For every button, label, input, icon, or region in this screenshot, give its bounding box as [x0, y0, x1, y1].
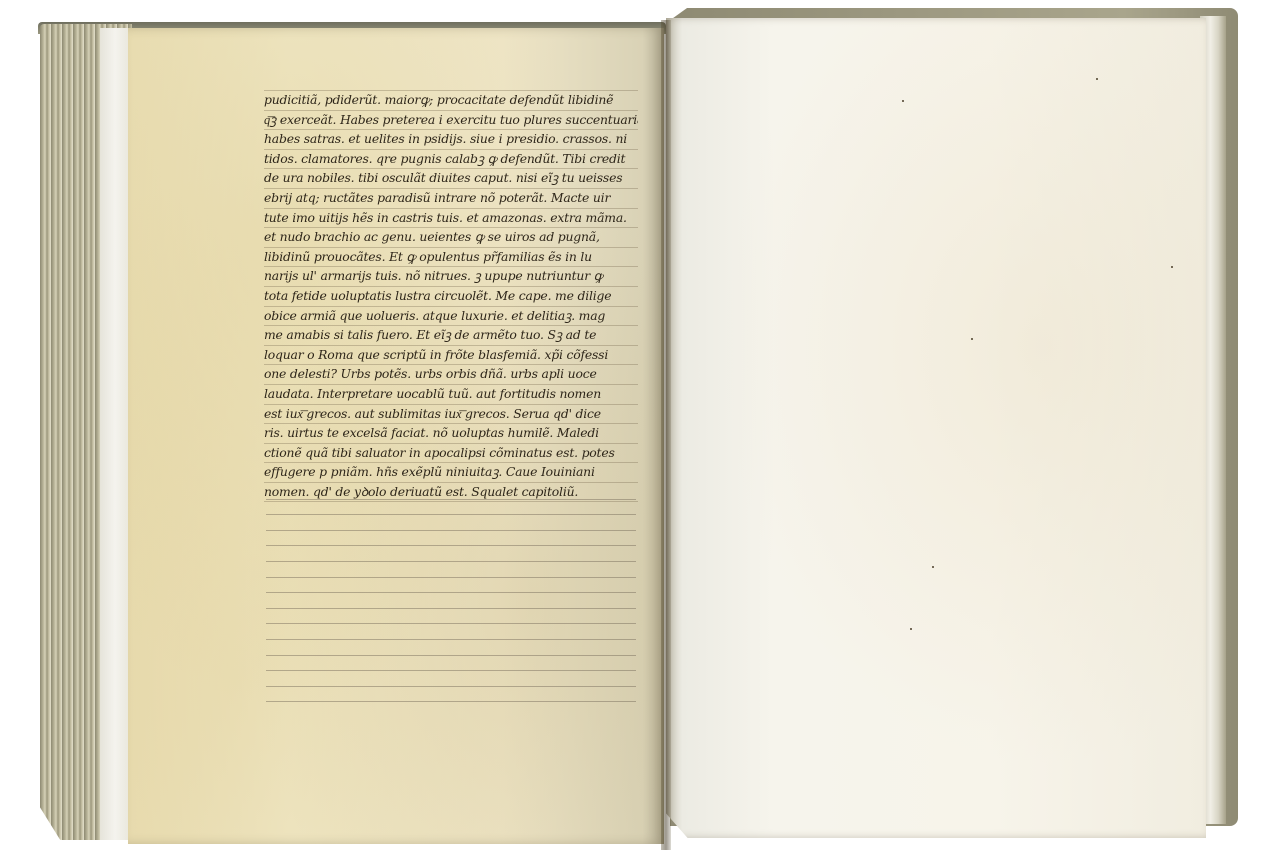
ruled-line: [266, 671, 636, 687]
text-line: ctionẽ quã tibi saluator in apocalipsi c…: [264, 444, 638, 464]
ruled-line: [266, 609, 636, 625]
ink-speck: [910, 628, 912, 630]
text-line: tidos. clamatores. qre pugnis calabꝫ ꝙ d…: [264, 150, 638, 170]
blank-ruled-lines: [266, 484, 636, 702]
ink-speck: [1096, 78, 1098, 80]
text-line: me amabis si talis fuero. Et eĩꝫ de armẽ…: [264, 326, 638, 346]
left-flyleaf: [100, 28, 130, 840]
text-line: tute imo uitijs hẽs in castris tuis. et …: [264, 209, 638, 229]
ink-speck: [932, 566, 934, 568]
ruled-line: [266, 656, 636, 672]
ruled-line: [266, 500, 636, 516]
ruled-line: [266, 687, 636, 703]
ruled-line: [266, 515, 636, 531]
ruled-line: [266, 562, 636, 578]
ruled-line: [266, 546, 636, 562]
ruled-line: [266, 624, 636, 640]
manuscript-text-block: pudicitiã, pdiderũt. maiorꝙ; procacitate…: [264, 90, 638, 502]
ink-speck: [971, 338, 973, 340]
right-page: [666, 18, 1206, 838]
text-line: est iux͞ grecos. aut sublimitas iux͞ gre…: [264, 405, 638, 425]
text-line: effugere p pniãm. hñs exẽplũ niniuitaꝫ. …: [264, 463, 638, 483]
ink-speck: [1171, 266, 1173, 268]
ruled-line: [266, 531, 636, 547]
text-line: tota fetide uoluptatis lustra circuolẽt.…: [264, 287, 638, 307]
ruled-line: [266, 640, 636, 656]
ink-speck: [902, 100, 904, 102]
gutter: [661, 20, 671, 850]
text-line: ebrij atq; ructãtes paradisũ intrare nõ …: [264, 189, 638, 209]
ruled-line: [266, 593, 636, 609]
text-line: habes satras. et uelites in psidijs. siu…: [264, 130, 638, 150]
text-line: loquar o Roma que scriptũ in frõte blasf…: [264, 346, 638, 366]
text-line: et nudo brachio ac genu. ueientes ꝙ se u…: [264, 228, 638, 248]
ruled-line: [266, 484, 636, 500]
text-line: libidinũ prouocãtes. Et ꝙ opulentus pr̃f…: [264, 248, 638, 268]
text-line: laudata. Interpretare uocablũ tuũ. aut f…: [264, 385, 638, 405]
ruled-line: [266, 578, 636, 594]
open-manuscript: pudicitiã, pdiderũt. maiorꝙ; procacitate…: [0, 0, 1280, 860]
text-line: q͞ꝫ exerceãt. Habes preterea i exercitu …: [264, 111, 638, 131]
text-line: pudicitiã, pdiderũt. maiorꝙ; procacitate…: [264, 90, 638, 111]
text-line: ris. uirtus te excelsã faciat. nõ uolupt…: [264, 424, 638, 444]
text-line: narijs ul' armarijs tuis. nõ nitrues. ꝫ …: [264, 267, 638, 287]
text-line: one delesti? Urbs potẽs. urbs orbis dñã.…: [264, 365, 638, 385]
text-line: de ura nobiles. tibi osculãt diuites cap…: [264, 169, 638, 189]
text-line: obice armiã que uolueris. atque luxurie.…: [264, 307, 638, 327]
